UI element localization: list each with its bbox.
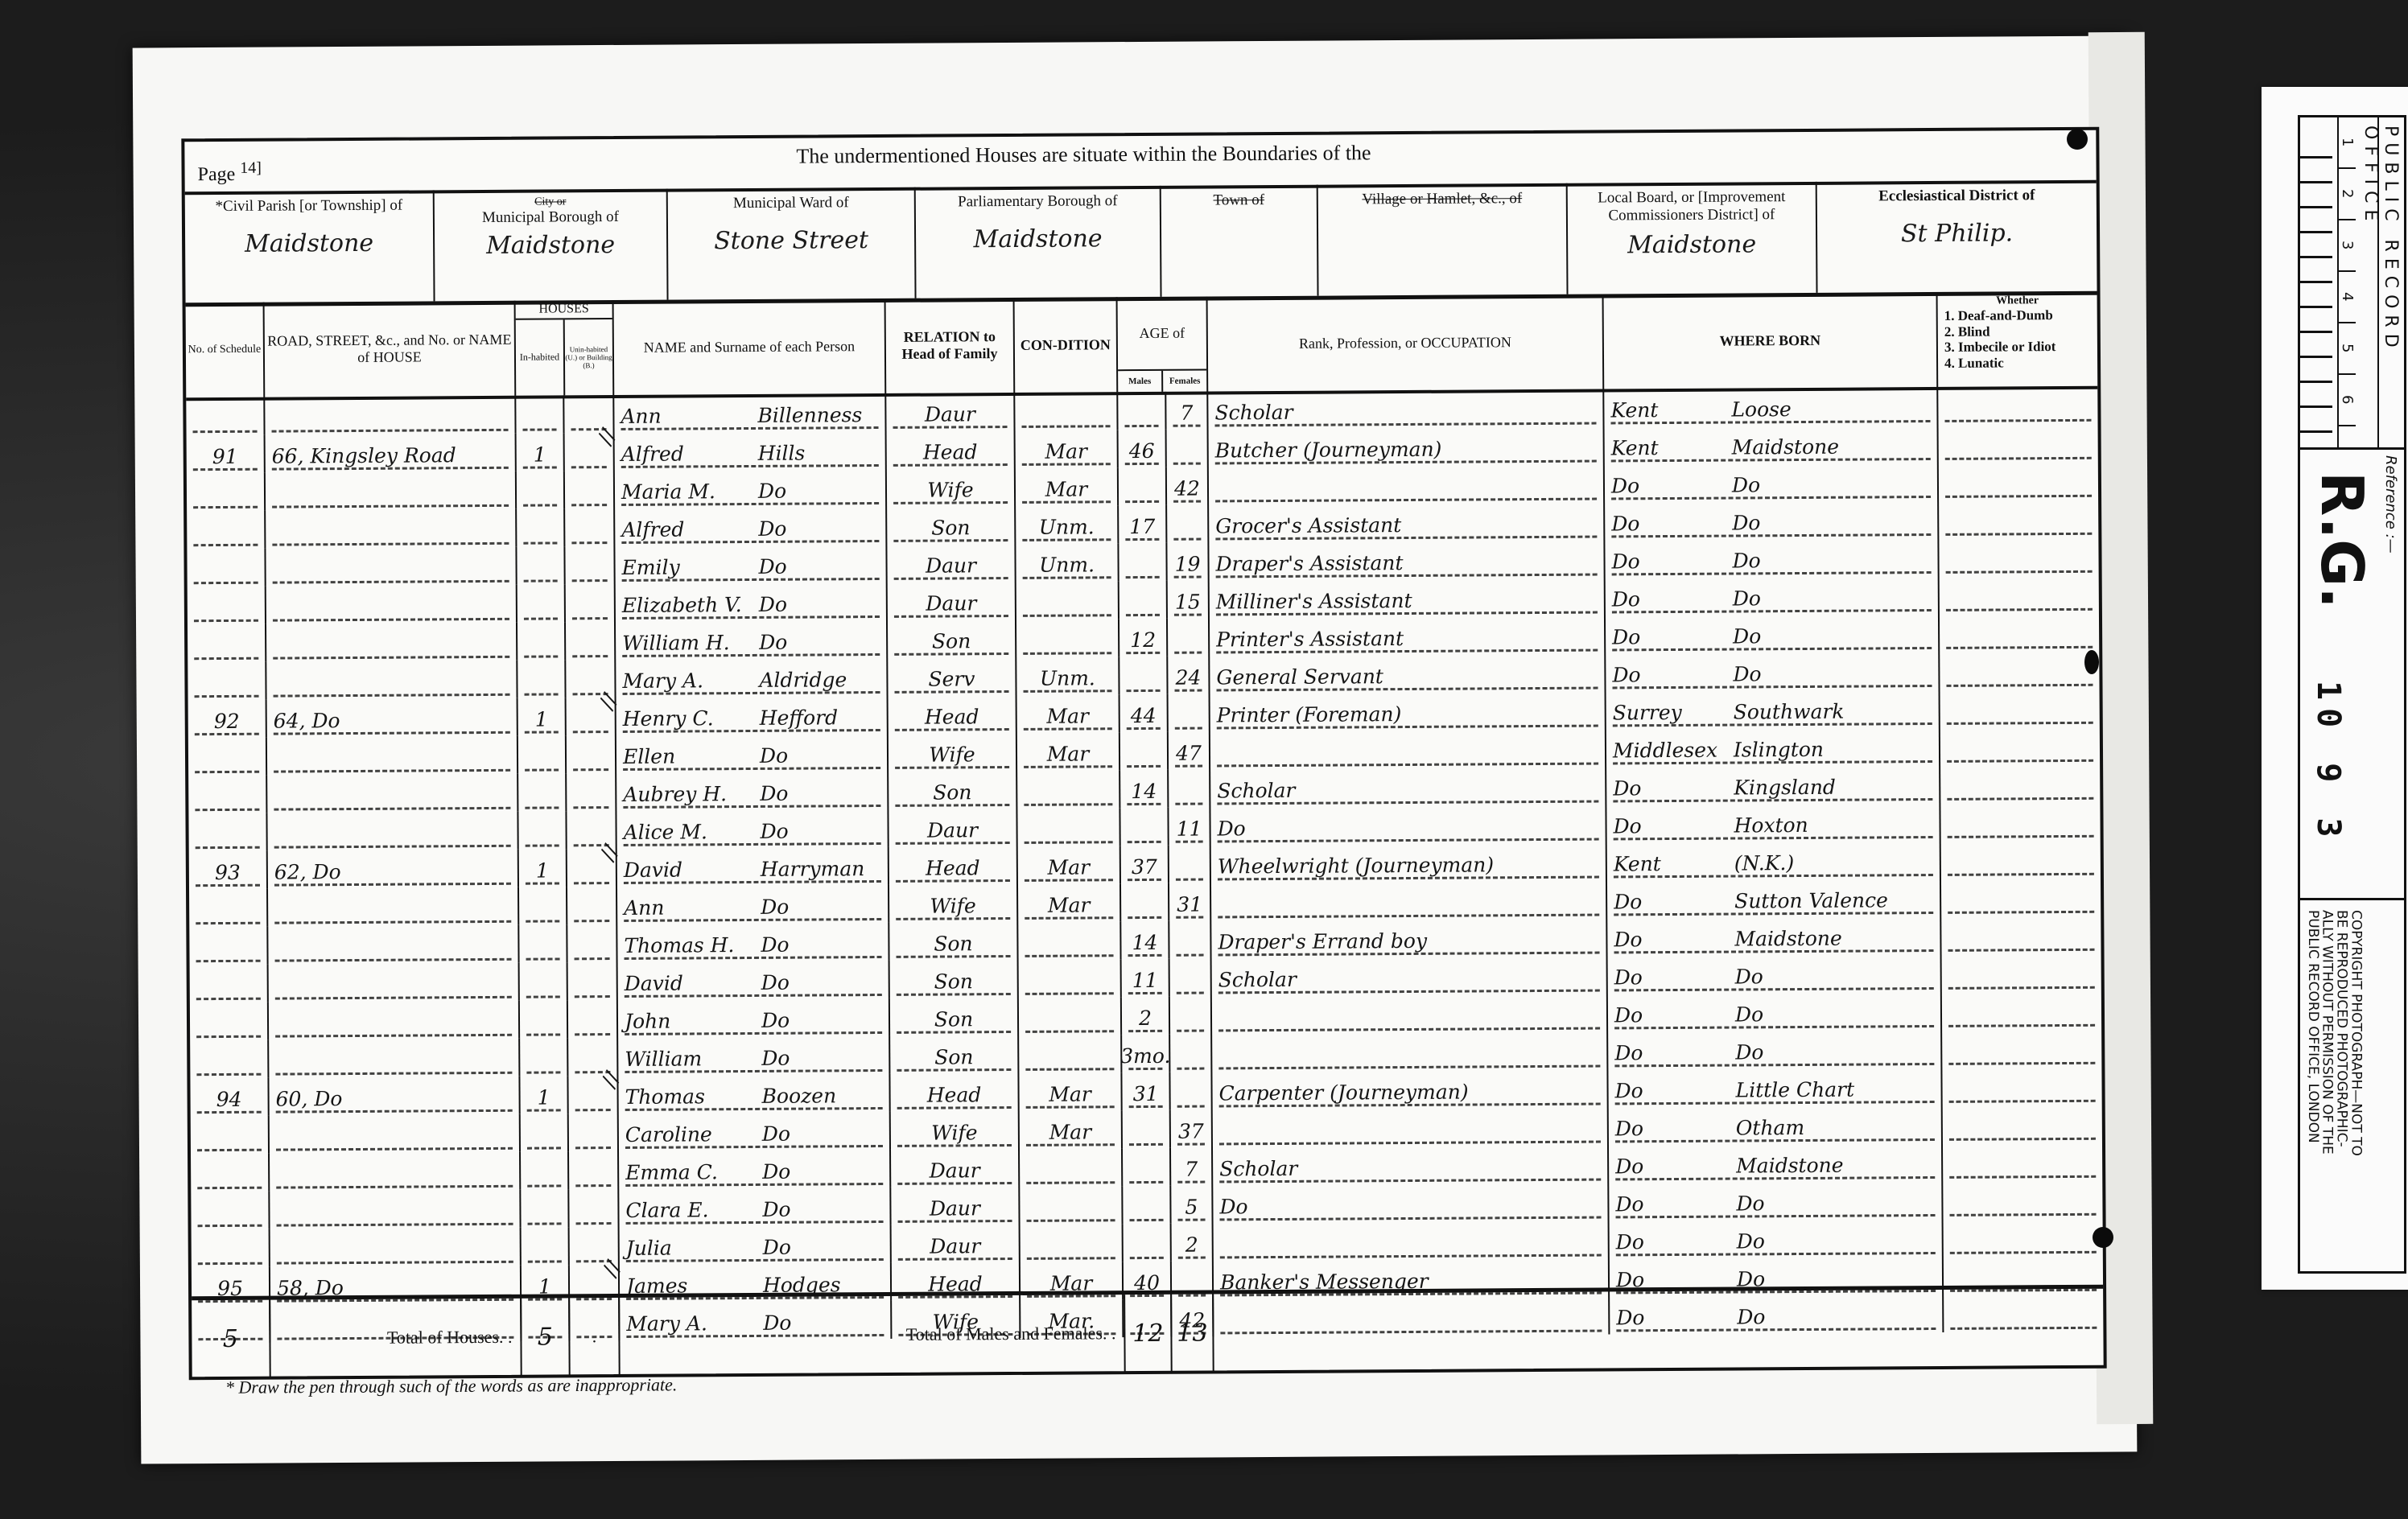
person-name: Clara E.Do	[619, 1188, 891, 1227]
where-born: DoHoxton	[1606, 803, 1940, 843]
house-inhabited	[520, 1038, 568, 1076]
infirmity	[1942, 953, 2101, 992]
born-place: Islington	[1734, 738, 1824, 762]
where-born: DoDo	[1606, 576, 1940, 616]
given-name: Julia	[626, 1236, 763, 1260]
born-county: Do	[1615, 1117, 1736, 1141]
occupation	[1209, 464, 1605, 504]
schedule-number	[191, 1116, 270, 1155]
age-male	[1119, 467, 1167, 505]
house-uninhabited	[569, 1189, 619, 1227]
given-name: Ann	[621, 404, 757, 428]
age-male	[1123, 1148, 1171, 1186]
punch-hole	[2067, 129, 2088, 150]
infirmity	[1940, 764, 2100, 803]
surname: Do	[760, 744, 788, 768]
relation: Serv	[888, 657, 1016, 696]
relation: Son	[887, 506, 1016, 545]
local-board: Local Board, or [Improvement Commissione…	[1568, 182, 1818, 294]
occupation: Grocer's Assistant	[1209, 502, 1605, 542]
age-male: 44	[1120, 694, 1169, 732]
col-females: Females	[1163, 371, 1206, 392]
where-born: DoDo	[1606, 652, 1940, 692]
infirmity	[1943, 1105, 2102, 1143]
age-female: 42	[1167, 467, 1209, 505]
given-name: Caroline	[625, 1122, 762, 1146]
age-female: 2	[1172, 1223, 1214, 1261]
born-county: Kent	[1611, 436, 1732, 460]
born-place: Otham	[1736, 1116, 1804, 1140]
infirmity	[1943, 1180, 2102, 1219]
house-inhabited	[520, 1000, 568, 1038]
occupation: Scholar	[1213, 1145, 1609, 1185]
schedule-number	[189, 889, 268, 928]
occupation: Scholar	[1208, 389, 1604, 429]
born-county: Do	[1613, 776, 1734, 801]
road-address: 66, Kingsley Road	[266, 434, 517, 473]
houses-title: HOUSES	[516, 300, 612, 320]
road-address: 62, Do	[268, 850, 519, 889]
person-name: Aubrey H.Do	[616, 772, 889, 811]
parliamentary-borough-value: Maidstone	[916, 224, 1160, 254]
house-uninhabited	[568, 1038, 618, 1076]
born-place: Do	[1733, 662, 1761, 685]
house-uninhabited	[564, 395, 614, 433]
born-place: Do	[1733, 587, 1761, 610]
parliamentary-borough: Parliamentary Borough of Maidstone	[916, 186, 1162, 298]
occupation: Wheelwright (Journeyman)	[1211, 842, 1607, 883]
born-county: Kent	[1610, 398, 1731, 422]
infirmity	[1941, 878, 2101, 916]
reference-box: Reference :— R.G. 10 9 3	[2300, 447, 2404, 900]
born-place: Do	[1735, 1002, 1763, 1026]
surname: Do	[758, 555, 786, 578]
condition	[1020, 1186, 1123, 1225]
schedule-number: 92	[188, 700, 267, 739]
age-female	[1170, 1034, 1212, 1072]
surname: Do	[761, 895, 789, 919]
born-place: Sutton Valence	[1734, 888, 1888, 912]
given-name: Henry C.	[623, 706, 760, 731]
relation: Daur	[891, 1149, 1020, 1188]
condition	[1016, 619, 1119, 657]
condition	[1019, 1035, 1122, 1073]
surname: Do	[758, 480, 786, 503]
person-name: EllenDo	[616, 734, 889, 773]
relation: Son	[890, 960, 1019, 998]
copyright-line: COPYRIGHT PHOTOGRAPH—NOT TO	[2348, 910, 2363, 1156]
born-county: Do	[1614, 1003, 1735, 1027]
census-rows: AnnBillennessDaur7ScholarKentLoose9166, …	[186, 386, 2103, 1343]
page-label: Page	[198, 164, 236, 185]
given-name: William	[625, 1047, 761, 1071]
age-male	[1120, 808, 1169, 846]
col-infirmity: Whether 1. Deaf-and-Dumb 2. Blind 3. Imb…	[1938, 291, 2098, 387]
person-name: //ThomasBoozen	[618, 1074, 890, 1114]
house-uninhabited	[567, 811, 616, 849]
schedule-number	[188, 738, 267, 776]
totals-row: 5 Total of Houses. . 5 . Total of Males …	[192, 1285, 2104, 1378]
age-female: 15	[1168, 581, 1210, 619]
schedule-number	[191, 1154, 270, 1192]
person-name: //AlfredHills	[615, 431, 887, 471]
relation: Daur	[887, 544, 1016, 582]
age-male	[1121, 883, 1169, 921]
occupation: Do	[1213, 1183, 1609, 1223]
occupation: Draper's Errand boy	[1211, 918, 1607, 958]
born-place: Little Chart	[1735, 1078, 1854, 1102]
village-hamlet: Village or Hamlet, &c., of	[1318, 183, 1569, 296]
infirmity	[1939, 500, 2098, 538]
archive-reference-strip: 1 2 3 4 5 6 PUBLIC RECORD OFFICE Referen…	[2262, 87, 2408, 1290]
person-name: Alice M.Do	[616, 809, 889, 849]
occupation: Milliner's Assistant	[1210, 578, 1606, 618]
house-inhabited	[520, 962, 568, 1000]
condition: Mar	[1017, 732, 1120, 771]
municipal-borough-label: Municipal Borough of	[435, 208, 666, 228]
given-name: Ellen	[623, 744, 760, 768]
person-name: William H.Do	[616, 620, 888, 660]
age-male: 12	[1119, 619, 1168, 657]
occupation: Do	[1210, 805, 1606, 845]
house-uninhabited	[568, 1000, 618, 1038]
age-male	[1119, 657, 1168, 694]
infirmity	[1940, 575, 2099, 614]
scale-ruler: 1 2 3 4 5 6 PUBLIC RECORD OFFICE	[2300, 117, 2404, 450]
age-male	[1119, 581, 1168, 619]
born-county: Do	[1612, 625, 1733, 649]
house-inhabited	[517, 508, 565, 546]
house-inhabited: 1	[517, 433, 565, 471]
municipal-ward-label: Municipal Ward of	[668, 194, 914, 213]
given-name: David	[625, 971, 761, 995]
relation: Son	[890, 998, 1019, 1036]
age-female: 47	[1169, 731, 1210, 769]
infirmity	[1943, 1142, 2102, 1181]
person-name: JohnDo	[618, 998, 890, 1038]
relation: Wife	[887, 468, 1016, 507]
born-county: Do	[1615, 1192, 1736, 1216]
age-male	[1118, 392, 1166, 430]
infirmity	[1940, 727, 2100, 765]
road-address	[266, 547, 517, 587]
local-board-label: Local Board, or [Improvement Commissione…	[1568, 188, 1816, 225]
age-female: 31	[1169, 883, 1211, 920]
born-county: Do	[1614, 928, 1734, 952]
road-address	[266, 471, 517, 511]
born-place: Do	[1737, 1229, 1765, 1253]
born-place: Do	[1735, 965, 1763, 988]
col-where-born: WHERE BORN	[1604, 292, 1939, 389]
schedule-number	[187, 473, 266, 512]
parliamentary-borough-label: Parliamentary Borough of	[916, 192, 1160, 212]
person-name: AnnBillenness	[614, 393, 886, 433]
surname: Boozen	[762, 1084, 837, 1108]
surname: Do	[759, 631, 787, 654]
municipal-ward-value: Stone Street	[668, 226, 914, 256]
relation: Head	[889, 846, 1018, 885]
occupation: Butcher (Journeyman)	[1209, 426, 1605, 467]
footnote: * Draw the pen through such of the words…	[225, 1374, 678, 1398]
age-male	[1124, 1224, 1172, 1262]
schedule-number	[187, 549, 266, 587]
relation: Daur	[886, 393, 1015, 431]
surname: Do	[763, 1236, 791, 1259]
age-female: 19	[1167, 543, 1209, 581]
age-female	[1169, 694, 1210, 731]
infirmity	[1941, 840, 2101, 879]
relation: Head	[887, 430, 1016, 469]
road-address: 60, Do	[269, 1076, 520, 1116]
condition: Mar	[1018, 883, 1121, 922]
schedule-number: 94	[190, 1078, 269, 1117]
house-uninhabited	[565, 508, 615, 546]
surname: Do	[761, 1047, 790, 1070]
occupation: Printer (Foreman)	[1210, 691, 1606, 731]
house-uninhabited	[565, 546, 615, 584]
total-persons-label: Total of Males and Females. .	[620, 1295, 1124, 1375]
ecclesiastical-district: Ecclesiastical District of St Philip.	[1817, 180, 2097, 293]
relation: Daur	[888, 582, 1016, 620]
punch-hole	[2084, 650, 2099, 674]
col-males: Males	[1118, 371, 1163, 392]
ruler-number: 6	[2339, 375, 2356, 426]
infirmity	[1940, 651, 2099, 690]
given-name: Alfred	[621, 442, 758, 466]
person-name: Mary A.Aldridge	[616, 658, 888, 698]
where-born: DoDo	[1608, 954, 1942, 994]
road-address	[270, 1114, 521, 1154]
ruler-number: 5	[2339, 323, 2356, 375]
house-uninhabited	[566, 660, 616, 698]
surname: Do	[762, 1198, 790, 1221]
person-name: //DavidHarryman	[617, 847, 889, 887]
condition: Unm.	[1016, 505, 1119, 544]
born-county: Do	[1614, 1079, 1735, 1103]
schedule-number	[192, 1229, 270, 1268]
where-born: DoDo	[1605, 463, 1939, 503]
age-female	[1167, 430, 1209, 467]
relation: Wife	[889, 884, 1018, 923]
relation: Son	[889, 771, 1017, 809]
infirmity	[1939, 424, 2098, 463]
condition	[1020, 1148, 1123, 1187]
district-header: *Civil Parish [or Township] of Maidstone…	[185, 180, 2097, 307]
where-born: DoKingsland	[1606, 765, 1940, 805]
where-born: Kent(N.K.)	[1607, 841, 1941, 881]
house-inhabited	[517, 471, 565, 508]
born-county: Surrey	[1613, 701, 1734, 725]
where-born: DoDo	[1605, 500, 1939, 541]
schedule-number: 91	[187, 435, 266, 474]
civil-parish-label: *Civil Parish [or Township] of	[185, 196, 433, 216]
condition	[1017, 770, 1120, 809]
occupation	[1213, 1107, 1609, 1147]
occupation	[1212, 994, 1608, 1034]
infirmity-option-2: 2. Blind	[1944, 323, 1990, 340]
col-uninhabited: Unin-habited (U.) or Building (B.)	[565, 319, 613, 395]
house-inhabited	[518, 773, 567, 811]
surname: Do	[758, 517, 786, 541]
infirmity-option-1: 1. Deaf-and-Dumb	[1944, 307, 2053, 323]
surname: Hills	[758, 442, 806, 465]
schedule-number	[190, 1040, 269, 1079]
born-place: Do	[1735, 1040, 1763, 1064]
condition	[1016, 581, 1119, 620]
age-male	[1123, 1110, 1171, 1148]
house-inhabited	[519, 924, 567, 962]
person-name: JuliaDo	[620, 1225, 892, 1265]
infirmity	[1938, 386, 2097, 425]
condition	[1015, 392, 1118, 430]
surname: Hefford	[760, 706, 839, 730]
where-born: DoSutton Valence	[1607, 879, 1941, 919]
relation: Daur	[892, 1225, 1021, 1263]
surname: Aldridge	[759, 668, 847, 692]
civil-parish-value: Maidstone	[185, 228, 433, 258]
road-address	[269, 1001, 520, 1040]
surname: Do	[760, 820, 788, 843]
condition: Mar	[1018, 846, 1121, 884]
age-male	[1123, 1186, 1171, 1224]
age-female: 37	[1171, 1109, 1213, 1147]
road-address	[268, 887, 519, 927]
road-address: 64, Do	[267, 698, 518, 738]
infirmity-option-4: 4. Lunatic	[1944, 355, 2004, 371]
age-male: 37	[1121, 846, 1169, 883]
census-form: Page 14] The undermentioned Houses are s…	[181, 127, 2106, 1381]
house-uninhabited	[566, 584, 616, 622]
occupation	[1212, 1031, 1608, 1072]
age-male: 17	[1119, 505, 1167, 543]
born-county: Do	[1614, 890, 1734, 914]
person-name: EmilyDo	[615, 545, 887, 584]
road-address	[266, 585, 517, 624]
where-born: DoLittle Chart	[1608, 1068, 1942, 1108]
person-name: CarolineDo	[619, 1112, 891, 1151]
house-inhabited	[521, 1189, 569, 1227]
totals-blank	[1214, 1289, 2104, 1372]
born-place: Maidstone	[1734, 927, 1842, 951]
table-header: No. of Schedule ROAD, STREET, &c., and N…	[186, 291, 2098, 401]
total-houses-uninhabited: .	[570, 1298, 621, 1375]
age-female: 24	[1168, 656, 1210, 694]
born-county: Do	[1612, 587, 1733, 611]
given-name: Thomas	[625, 1085, 762, 1109]
occupation: Draper's Assistant	[1209, 540, 1605, 580]
infirmity	[1942, 1029, 2101, 1068]
total-males: 12	[1124, 1295, 1173, 1372]
archive-office-title: PUBLIC RECORD OFFICE	[2361, 126, 2401, 447]
house-uninhabited	[567, 887, 617, 924]
house-inhabited	[518, 811, 567, 849]
house-inhabited	[518, 735, 567, 773]
given-name: Alice M.	[623, 820, 760, 844]
condition: Mar	[1016, 467, 1119, 506]
civil-parish: *Civil Parish [or Township] of Maidstone	[185, 190, 435, 303]
born-county: Do	[1614, 1041, 1735, 1065]
born-place: Loose	[1731, 397, 1792, 421]
occupation	[1211, 880, 1607, 920]
road-address	[267, 736, 518, 776]
house-inhabited	[517, 660, 566, 698]
road-address	[270, 1228, 522, 1267]
where-born: DoDo	[1608, 1030, 1942, 1070]
person-name: DavidDo	[618, 961, 890, 1000]
house-inhabited: 1	[520, 1076, 568, 1114]
age-male: 2	[1122, 997, 1170, 1035]
where-born: SurreySouthwark	[1606, 690, 1940, 730]
col-name: NAME and Surname of each Person	[614, 298, 887, 395]
house-uninhabited	[567, 735, 616, 773]
schedule-number	[188, 662, 266, 701]
where-born: MiddlesexIslington	[1606, 727, 1940, 768]
age-female	[1170, 996, 1212, 1034]
road-address	[267, 774, 518, 813]
page-number: Page 14]	[197, 159, 262, 186]
condition	[1019, 997, 1122, 1035]
surname: Billenness	[757, 403, 862, 427]
age-male: 46	[1119, 430, 1167, 467]
house-inhabited	[519, 887, 567, 924]
schedule-number	[188, 624, 266, 663]
surname: Do	[761, 971, 790, 994]
age-female: 7	[1166, 392, 1208, 430]
person-name: Emma C.Do	[619, 1150, 891, 1189]
born-county: Do	[1615, 1155, 1736, 1179]
schedule-number	[188, 776, 267, 814]
house-uninhabited	[565, 471, 615, 508]
where-born: DoOtham	[1609, 1105, 1943, 1146]
relation: Daur	[891, 1187, 1020, 1225]
municipal-ward: Municipal Ward of Stone Street	[668, 187, 917, 300]
copyright-line: PUBLIC RECORD OFFICE, LONDON	[2305, 910, 2319, 1156]
where-born: DoMaidstone	[1609, 1143, 1943, 1184]
born-place: Kingsland	[1734, 776, 1836, 800]
ruler-ticks	[2300, 134, 2332, 439]
house-inhabited	[522, 1227, 570, 1265]
house-uninhabited	[567, 773, 616, 811]
col-houses: HOUSES In-habited Unin-habited (U.) or B…	[516, 300, 615, 396]
schedule-number: 93	[189, 851, 268, 890]
municipal-borough-struck: City or	[435, 196, 666, 210]
ecclesiastical-value: St Philip.	[1817, 219, 2097, 249]
relation: Son	[890, 1035, 1019, 1074]
given-name: William H.	[622, 631, 759, 655]
copyright-line: ALLY WITHOUT PERMISSION OF THE	[2319, 910, 2334, 1156]
condition	[1017, 808, 1120, 846]
house-uninhabited	[566, 622, 616, 660]
age-male: 3mo.	[1122, 1035, 1170, 1072]
local-board-value: Maidstone	[1568, 230, 1816, 260]
total-schedules: 5	[192, 1300, 271, 1378]
person-name: Elizabeth V.Do	[616, 582, 888, 622]
where-born: DoDo	[1605, 538, 1939, 578]
condition: Unm.	[1016, 543, 1119, 582]
surname: Do	[762, 1160, 790, 1184]
schedule-number	[189, 927, 268, 965]
reference-piece: 10 9 3	[2310, 681, 2347, 846]
given-name: John	[625, 1009, 761, 1033]
born-place: Do	[1736, 1192, 1764, 1215]
schedule-number	[187, 511, 266, 550]
given-name: Emma C.	[625, 1160, 762, 1184]
age-female	[1169, 845, 1211, 883]
condition	[1019, 959, 1122, 998]
relation: Head	[890, 1073, 1019, 1112]
page-number-value: 14]	[240, 159, 262, 177]
infirmity	[1939, 462, 2098, 500]
